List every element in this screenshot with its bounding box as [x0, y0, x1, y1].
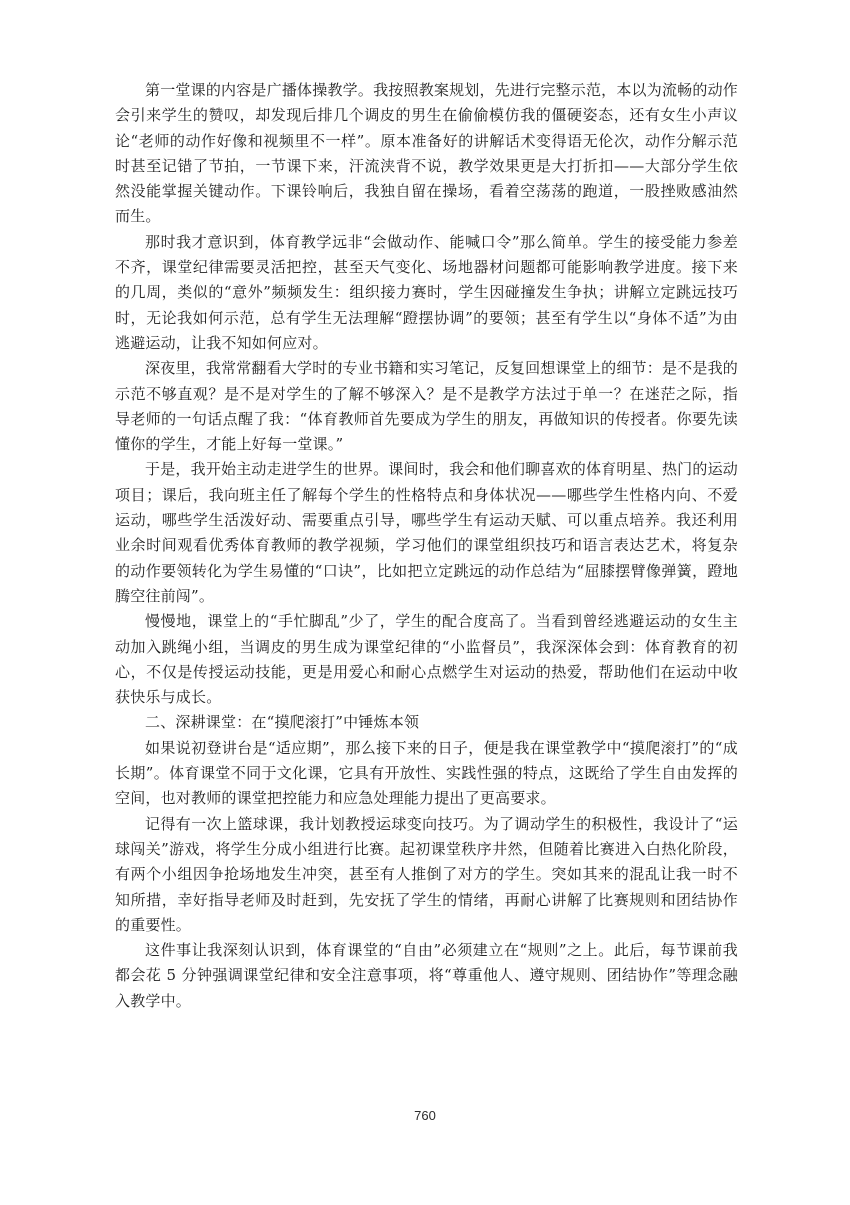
paragraph: 那时我才意识到，体育教学远非“会做动作、能喊口令”那么简单。学生的接受能力参差不… [115, 230, 738, 356]
section-heading: 二、深耕课堂：在“摸爬滚打”中锤炼本领 [115, 710, 738, 735]
paragraph: 第一堂课的内容是广播体操教学。我按照教案规划，先进行完整示范，本以为流畅的动作会… [115, 78, 738, 230]
paragraph: 于是，我开始主动走进学生的世界。课间时，我会和他们聊喜欢的体育明星、热门的运动项… [115, 457, 738, 609]
document-page: 第一堂课的内容是广播体操教学。我按照教案规划，先进行完整示范，本以为流畅的动作会… [0, 0, 850, 1205]
paragraph: 记得有一次上篮球课，我计划教授运球变向技巧。为了调动学生的积极性，我设计了“运球… [115, 812, 738, 938]
paragraph: 深夜里，我常常翻看大学时的专业书籍和实习笔记，反复回想课堂上的细节：是不是我的示… [115, 356, 738, 457]
paragraph: 慢慢地，课堂上的“手忙脚乱”少了，学生的配合度高了。当看到曾经逃避运动的女生主动… [115, 609, 738, 710]
page-number: 760 [0, 1108, 850, 1123]
paragraph: 如果说初登讲台是“适应期”，那么接下来的日子，便是我在课堂教学中“摸爬滚打”的“… [115, 736, 738, 812]
paragraph: 这件事让我深刻认识到，体育课堂的“自由”必须建立在“规则”之上。此后，每节课前我… [115, 938, 738, 1014]
document-body: 第一堂课的内容是广播体操教学。我按照教案规划，先进行完整示范，本以为流畅的动作会… [115, 78, 738, 1014]
